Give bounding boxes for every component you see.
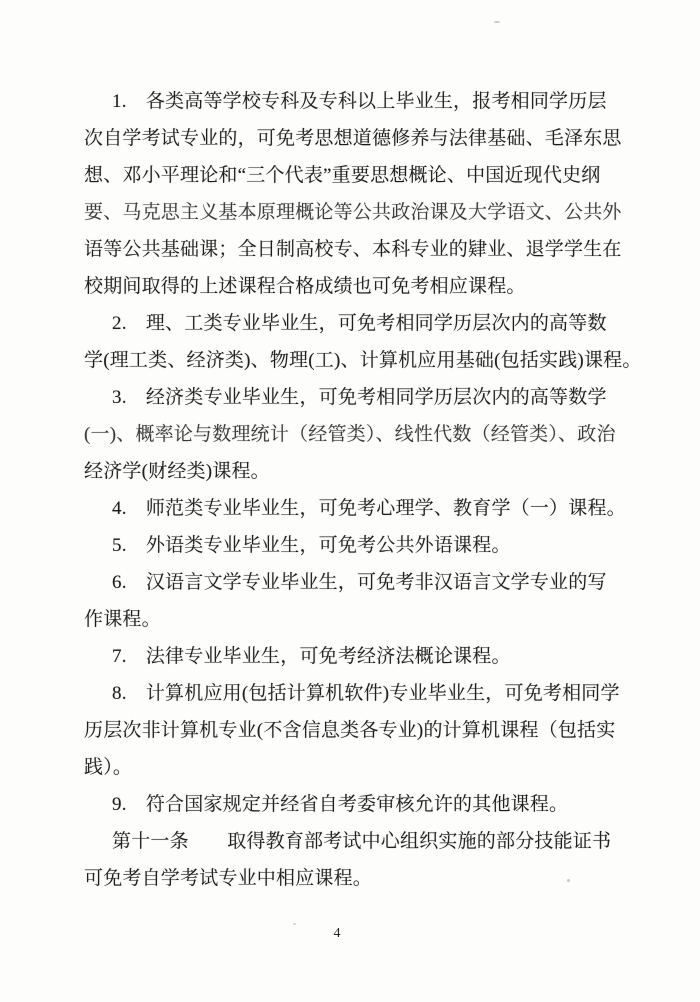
paragraph-article-11: 第十一条 取得教育部考试中心组织实施的部分技能证书 可免考自学考试专业中相应课程…: [84, 823, 624, 897]
paragraph-item-2: 2. 理、工类专业毕业生，可免考相同学历层次内的高等数 学(理工类、经济类)、物…: [84, 305, 624, 379]
text-line: 作课程。: [84, 601, 624, 638]
paragraph-item-5: 5. 外语类专业毕业生，可免考公共外语课程。: [84, 527, 624, 564]
scan-speck: [293, 923, 296, 925]
text-line: 学(理工类、经济类)、物理(工)、计算机应用基础(包括实践)课程。: [84, 342, 624, 379]
text-line: 可免考自学考试专业中相应课程。: [84, 860, 624, 897]
scan-speck: [567, 879, 570, 882]
scan-speck: [494, 21, 500, 23]
scanned-document-page: 1. 各类高等学校专科及专科以上毕业生，报考相同学历层 次自学考试专业的，可免考…: [0, 0, 700, 1002]
text-line: 校期间取得的上述课程合格成绩也可免考相应课程。: [84, 268, 624, 305]
text-line: 次自学考试专业的，可免考思想道德修养与法律基础、毛泽东思: [84, 120, 624, 157]
paragraph-item-7: 7. 法律专业毕业生，可免考经济法概论课程。: [84, 638, 624, 675]
text-line: 历层次非计算机专业(不含信息类各专业)的计算机课程（包括实: [84, 712, 624, 749]
text-line: (一)、概率论与数理统计（经管类）、线性代数（经管类）、政治: [84, 416, 624, 453]
paragraph-item-6: 6. 汉语言文学专业毕业生，可免考非汉语言文学专业的写 作课程。: [84, 564, 624, 638]
paragraph-item-8: 8. 计算机应用(包括计算机软件)专业毕业生，可免考相同学 历层次非计算机专业(…: [84, 675, 624, 786]
text-line: 4. 师范类专业毕业生，可免考心理学、教育学（一）课程。: [84, 490, 624, 527]
text-line: 5. 外语类专业毕业生，可免考公共外语课程。: [84, 527, 624, 564]
text-line: 6. 汉语言文学专业毕业生，可免考非汉语言文学专业的写: [84, 564, 624, 601]
text-line: 1. 各类高等学校专科及专科以上毕业生，报考相同学历层: [84, 83, 624, 120]
text-line: 经济学(财经类)课程。: [84, 453, 624, 490]
text-line: 要、马克思主义基本原理概论等公共政治课及大学语文、公共外: [84, 194, 624, 231]
page-footer: 4: [0, 924, 674, 944]
paragraph-item-9: 9. 符合国家规定并经省自考委审核允许的其他课程。: [84, 786, 624, 823]
page-number: 4: [334, 926, 341, 941]
text-line: 2. 理、工类专业毕业生，可免考相同学历层次内的高等数: [84, 305, 624, 342]
document-body: 1. 各类高等学校专科及专科以上毕业生，报考相同学历层 次自学考试专业的，可免考…: [84, 83, 624, 897]
text-line: 践）。: [84, 749, 624, 786]
text-line: 想、邓小平理论和“三个代表”重要思想概论、中国近现代史纲: [84, 157, 624, 194]
text-line: 7. 法律专业毕业生，可免考经济法概论课程。: [84, 638, 624, 675]
paragraph-item-1: 1. 各类高等学校专科及专科以上毕业生，报考相同学历层 次自学考试专业的，可免考…: [84, 83, 624, 305]
text-line: 第十一条 取得教育部考试中心组织实施的部分技能证书: [84, 823, 624, 860]
paragraph-item-3: 3. 经济类专业毕业生，可免考相同学历层次内的高等数学 (一)、概率论与数理统计…: [84, 379, 624, 490]
text-line: 语等公共基础课；全日制高校专、本科专业的肄业、退学学生在: [84, 231, 624, 268]
paragraph-item-4: 4. 师范类专业毕业生，可免考心理学、教育学（一）课程。: [84, 490, 624, 527]
text-line: 3. 经济类专业毕业生，可免考相同学历层次内的高等数学: [84, 379, 624, 416]
text-line: 8. 计算机应用(包括计算机软件)专业毕业生，可免考相同学: [84, 675, 624, 712]
text-line: 9. 符合国家规定并经省自考委审核允许的其他课程。: [84, 786, 624, 823]
